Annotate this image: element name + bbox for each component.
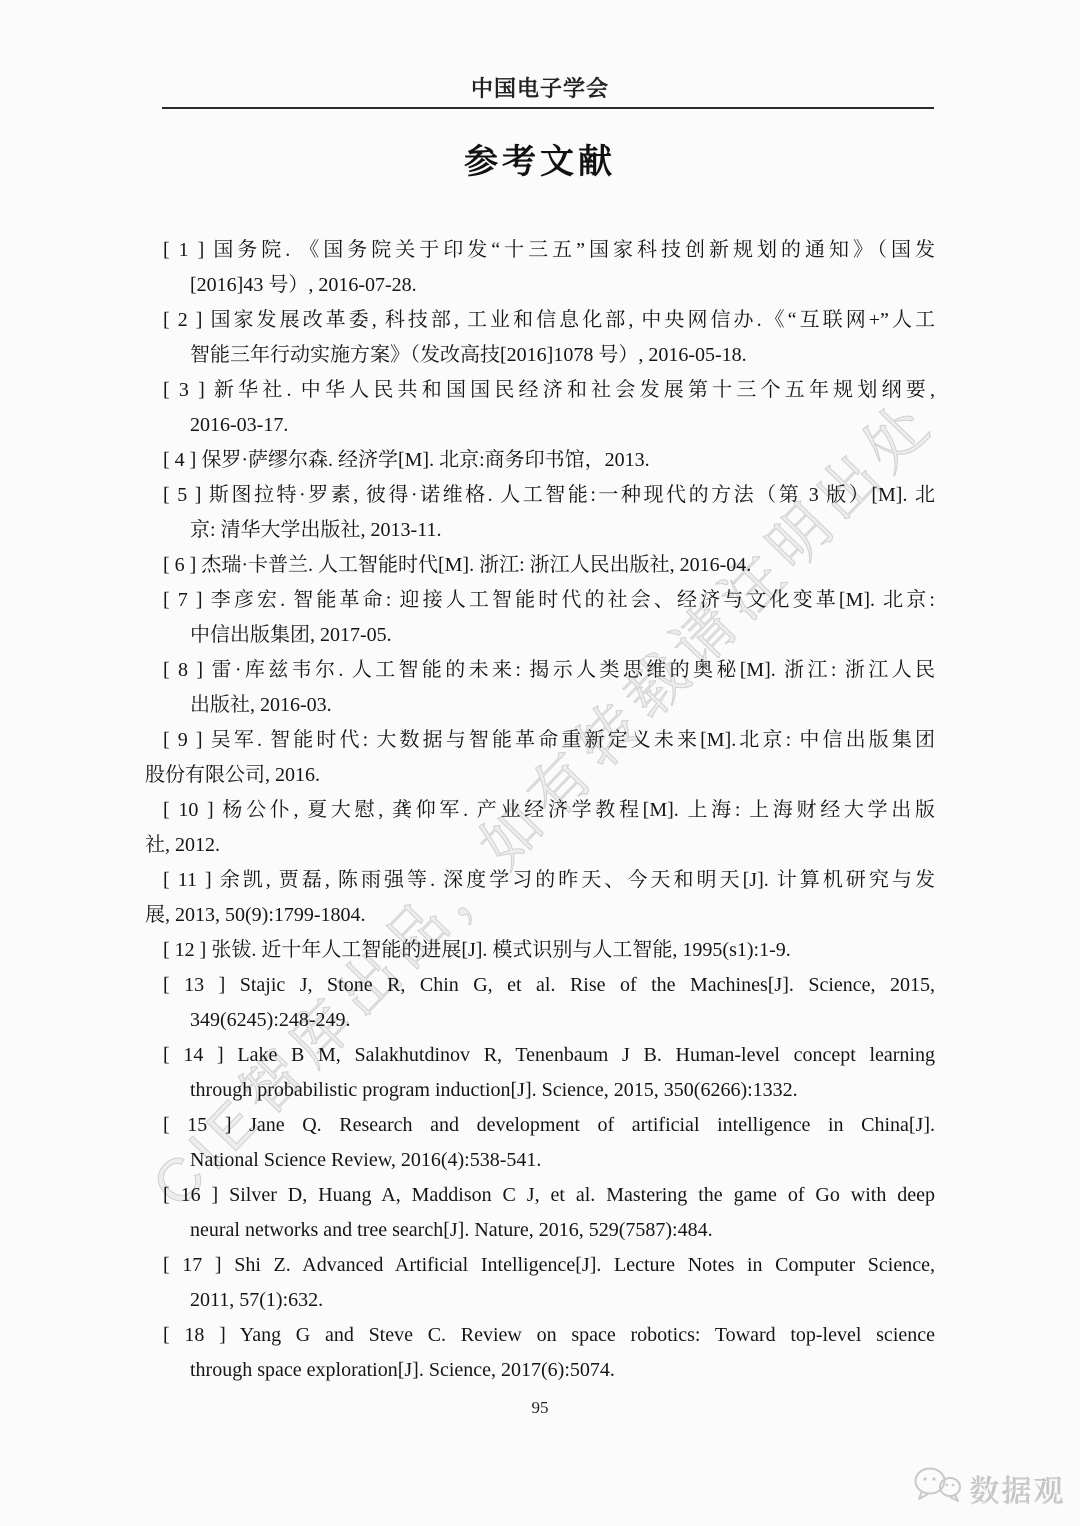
reference-item-12: [ 12 ] 张钹. 近十年人工智能的进展[J]. 模式识别与人工智能, 199… (145, 933, 935, 968)
reference-line: [ 11 ] 余凯, 贾磊, 陈雨强等. 深度学习的昨天、今天和明天[J]. 计… (145, 863, 935, 898)
reference-item-13: [ 13 ] Stajic J, Stone R, Chin G, et al.… (145, 968, 935, 1038)
reference-line: [2016]43 号）, 2016-07-28. (145, 268, 935, 303)
reference-item-15: [ 15 ] Jane Q. Research and development … (145, 1108, 935, 1178)
reference-item-8: [ 8 ] 雷·库兹韦尔. 人工智能的未来: 揭示人类思维的奥秘[M]. 浙江:… (145, 653, 935, 723)
reference-line: National Science Review, 2016(4):538-541… (145, 1143, 935, 1178)
header-divider (162, 107, 934, 109)
reference-line: 349(6245):248-249. (145, 1003, 935, 1038)
reference-line: [ 13 ] Stajic J, Stone R, Chin G, et al.… (145, 968, 935, 1003)
reference-line: 2011, 57(1):632. (145, 1283, 935, 1318)
reference-item-9: [ 9 ] 吴军. 智能时代: 大数据与智能革命重新定义未来[M].北京: 中信… (145, 723, 935, 793)
reference-item-16: [ 16 ] Silver D, Huang A, Maddison C J, … (145, 1178, 935, 1248)
reference-line: [ 6 ] 杰瑞·卡普兰. 人工智能时代[M]. 浙江: 浙江人民出版社, 20… (145, 548, 935, 583)
reference-line: [ 3 ] 新华社. 中华人民共和国国民经济和社会发展第十三个五年规划纲要, (145, 373, 935, 408)
reference-item-2: [ 2 ] 国家发展改革委, 科技部, 工业和信息化部, 中央网信办.《“互联网… (145, 303, 935, 373)
reference-item-3: [ 3 ] 新华社. 中华人民共和国国民经济和社会发展第十三个五年规划纲要, 2… (145, 373, 935, 443)
reference-line: [ 1 ] 国务院. 《国务院关于印发“十三五”国家科技创新规划的通知》（国发 (145, 233, 935, 268)
reference-line: 2016-03-17. (145, 408, 935, 443)
reference-line: 出版社, 2016-03. (145, 688, 935, 723)
reference-line: [ 5 ] 斯图拉特·罗素, 彼得·诺维格. 人工智能:一种现代的方法（第 3 … (145, 478, 935, 513)
reference-line: 智能三年行动实施方案》（发改高技[2016]1078 号）, 2016-05-1… (145, 338, 935, 373)
chat-bubbles-icon (912, 1465, 964, 1512)
reference-line: [ 8 ] 雷·库兹韦尔. 人工智能的未来: 揭示人类思维的奥秘[M]. 浙江:… (145, 653, 935, 688)
reference-item-1: [ 1 ] 国务院. 《国务院关于印发“十三五”国家科技创新规划的通知》（国发 … (145, 233, 935, 303)
footer-logo-text: 数据观 (970, 1467, 1066, 1511)
reference-line: through space exploration[J]. Science, 2… (145, 1353, 935, 1388)
reference-line: [ 14 ] Lake B M, Salakhutdinov R, Tenenb… (145, 1038, 935, 1073)
reference-item-11: [ 11 ] 余凯, 贾磊, 陈雨强等. 深度学习的昨天、今天和明天[J]. 计… (145, 863, 935, 933)
reference-line: through probabilistic program induction[… (145, 1073, 935, 1108)
page-number: 95 (145, 1398, 935, 1418)
reference-line: [ 12 ] 张钹. 近十年人工智能的进展[J]. 模式识别与人工智能, 199… (145, 933, 935, 968)
reference-line: [ 7 ] 李彦宏. 智能革命: 迎接人工智能时代的社会、经济与文化变革[M].… (145, 583, 935, 618)
reference-line: [ 16 ] Silver D, Huang A, Maddison C J, … (145, 1178, 935, 1213)
reference-line: 股份有限公司, 2016. (145, 758, 935, 793)
header-org-name: 中国电子学会 (0, 72, 1080, 103)
reference-line: [ 2 ] 国家发展改革委, 科技部, 工业和信息化部, 中央网信办.《“互联网… (145, 303, 935, 338)
reference-item-7: [ 7 ] 李彦宏. 智能革命: 迎接人工智能时代的社会、经济与文化变革[M].… (145, 583, 935, 653)
reference-line: [ 18 ] Yang G and Steve C. Review on spa… (145, 1318, 935, 1353)
reference-line: [ 15 ] Jane Q. Research and development … (145, 1108, 935, 1143)
footer-logo: 数据观 (912, 1465, 1066, 1512)
reference-line: 中信出版集团, 2017-05. (145, 618, 935, 653)
reference-item-18: [ 18 ] Yang G and Steve C. Review on spa… (145, 1318, 935, 1388)
reference-line: 社, 2012. (145, 828, 935, 863)
reference-item-5: [ 5 ] 斯图拉特·罗素, 彼得·诺维格. 人工智能:一种现代的方法（第 3 … (145, 478, 935, 548)
reference-item-14: [ 14 ] Lake B M, Salakhutdinov R, Tenenb… (145, 1038, 935, 1108)
reference-list: [ 1 ] 国务院. 《国务院关于印发“十三五”国家科技创新规划的通知》（国发 … (145, 233, 935, 1388)
reference-item-6: [ 6 ] 杰瑞·卡普兰. 人工智能时代[M]. 浙江: 浙江人民出版社, 20… (145, 548, 935, 583)
reference-line: [ 4 ] 保罗·萨缪尔森. 经济学[M]. 北京:商务印书馆，2013. (145, 443, 935, 478)
reference-line: [ 17 ] Shi Z. Advanced Artificial Intell… (145, 1248, 935, 1283)
reference-line: [ 10 ] 杨公仆, 夏大慰, 龚仰军. 产业经济学教程[M]. 上海: 上海… (145, 793, 935, 828)
page-title: 参考文献 (0, 134, 1080, 183)
reference-line: neural networks and tree search[J]. Natu… (145, 1213, 935, 1248)
reference-line: 京: 清华大学出版社, 2013-11. (145, 513, 935, 548)
reference-item-4: [ 4 ] 保罗·萨缪尔森. 经济学[M]. 北京:商务印书馆，2013. (145, 443, 935, 478)
reference-line: 展, 2013, 50(9):1799-1804. (145, 898, 935, 933)
reference-line: [ 9 ] 吴军. 智能时代: 大数据与智能革命重新定义未来[M].北京: 中信… (145, 723, 935, 758)
reference-item-17: [ 17 ] Shi Z. Advanced Artificial Intell… (145, 1248, 935, 1318)
reference-item-10: [ 10 ] 杨公仆, 夏大慰, 龚仰军. 产业经济学教程[M]. 上海: 上海… (145, 793, 935, 863)
